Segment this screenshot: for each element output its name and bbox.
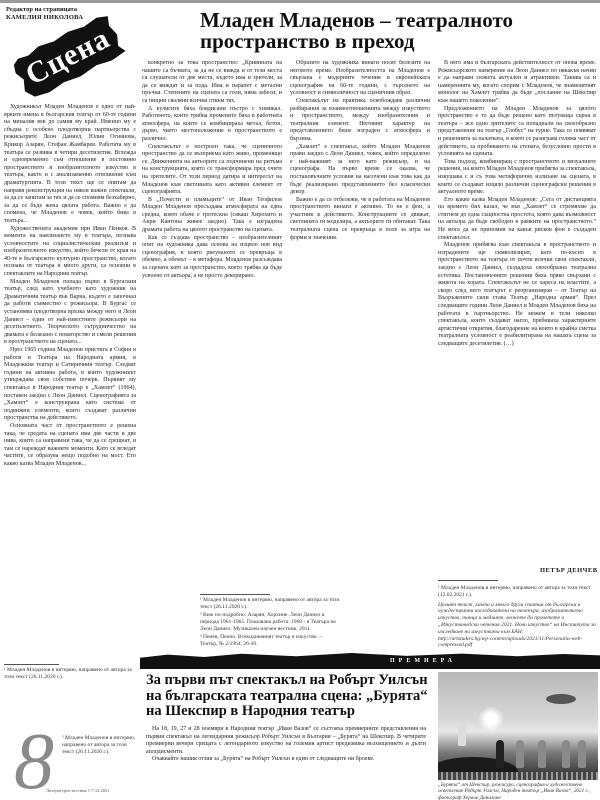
paragraph: Как се създава пространство – изобразите…: [142, 235, 282, 281]
section-title: Сцена: [20, 22, 115, 93]
paragraph: Младенов прибягва към спектакъла в прост…: [438, 242, 596, 348]
footnote: ¹ Младен Младенов в интервю, направено о…: [4, 667, 136, 681]
paragraph: Художествената академия при Иван Пенков.…: [4, 226, 136, 279]
paragraph: Образите на художника винаги носят белез…: [290, 60, 430, 98]
actor-figure: [578, 740, 586, 768]
paragraph: На 18, 19, 27 и 28 ноември в Народния те…: [146, 726, 426, 756]
article-headline: Младен Младенов – театралното пространст…: [200, 10, 600, 52]
footnote: ² Виж по-подробно: Азарян, Хорхине. Леон…: [200, 612, 340, 632]
paragraph: Спектакълът на практика освобождава разл…: [290, 98, 430, 144]
premiere-headline: За първи път спектакъл на Робърт Уилсън …: [146, 673, 436, 720]
premiere-body: На 18, 19, 27 и 28 ноември в Народния те…: [146, 726, 426, 764]
actor-figure: [538, 740, 546, 768]
actor-figure: [496, 740, 504, 768]
article-column-2: конкретно за това пространство: „Кривина…: [142, 60, 282, 530]
page-footer: Литературен вестник 1-7.12.2021: [46, 788, 110, 793]
footnote-rule: [200, 594, 270, 595]
footnote: ³ Пенев, Пенчо. Всекидневният театър и и…: [200, 634, 340, 648]
footnote-rule: [4, 664, 59, 665]
paragraph: конкретно за това пространство: „Кривина…: [142, 60, 282, 106]
top-rule: [0, 0, 600, 3]
article-column-3: Образите на художника винаги носят белез…: [290, 60, 430, 555]
paragraph: В „Почести и пламъците“ от Иван Теофилов…: [142, 197, 282, 235]
actor-figure: [516, 740, 524, 768]
paragraph: Художникът Младен Младенов е едно от най…: [4, 104, 136, 226]
stage-light: [478, 706, 504, 732]
premiere-band: [140, 653, 600, 669]
paragraph: Ето какво казва Младен Младенов: „Сега о…: [438, 197, 596, 243]
column-4-notes: ¹ Младен Младенов в интервю, направено о…: [438, 585, 596, 649]
footnote: ² Младен Младенов в интервю, направено о…: [62, 735, 138, 755]
paragraph: Спектакълът е построен така, че сценично…: [142, 144, 282, 197]
stage-edge: [438, 772, 598, 780]
paragraph: А кулисите бяха боядисани пъстро с химик…: [142, 106, 282, 144]
paragraph: Младен Младенов попада първо в Бургаския…: [4, 279, 136, 347]
footnote-rule: [438, 580, 498, 581]
source-link[interactable]: http://artstudies.bg/wp-content/uploads/…: [438, 636, 596, 650]
footnote: ¹ Младен Младенов в интервю, направено о…: [200, 597, 340, 611]
section-rubric: Сцена: [9, 12, 126, 102]
editor-label: Редактор на страницата: [6, 6, 136, 14]
article-column-1: Художникът Младен Младенов е едно от най…: [4, 104, 136, 658]
actor-figure: [458, 722, 466, 746]
paragraph: Очаквайте нашия отзив за „Бурята“ на Роб…: [146, 756, 426, 764]
footnote: ¹ Младен Младенов в интервю, направено о…: [438, 585, 596, 599]
source-note: Целият текст, както и много други статии…: [438, 602, 596, 636]
premiere-label: ПРЕМИЕРА: [390, 658, 456, 664]
page-editor-credit: Редактор на страницата КАМЕЛИЯ НИКОЛОВА: [6, 6, 136, 22]
article-author: ПЕТЪР ДЕНЧЕВ: [540, 567, 598, 574]
photo-caption: „Бурята“ от Шекспир, режисура, сценограф…: [438, 782, 598, 800]
editor-name: КАМЕЛИЯ НИКОЛОВА: [6, 14, 136, 22]
paragraph: В него има и българската действителност …: [438, 60, 596, 106]
paragraph: „Хамлет“ е спектакъл, който Младен Младе…: [290, 144, 430, 197]
premiere-photo: [438, 672, 598, 780]
paragraph: Основната част от пространството е решен…: [4, 423, 136, 469]
paragraph: Това подход, комбиниращ с пространството…: [438, 159, 596, 197]
paragraph: Предложението на Младен Младенов за цяло…: [438, 106, 596, 159]
article-column-4: В него има и българската действителност …: [438, 60, 596, 530]
actor-figure: [562, 740, 570, 768]
floating-cloud-prop: [546, 694, 576, 704]
paragraph: През 1965 година Младенов пристига в Соф…: [4, 347, 136, 423]
paragraph: Важно е да се отбележи, че в работата на…: [290, 197, 430, 243]
